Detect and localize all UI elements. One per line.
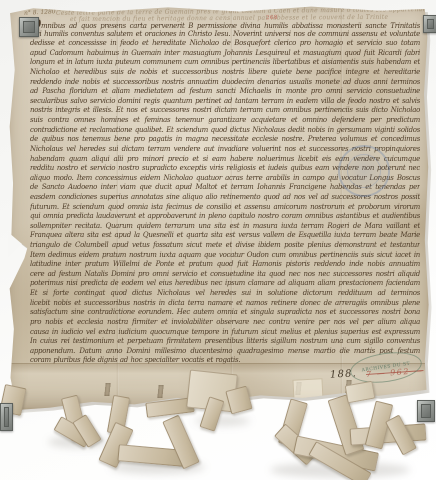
- corner-clip-bottom-right: [417, 400, 435, 422]
- manuscript-line: qui omnia predicta laudaverunt et approb…: [30, 212, 420, 222]
- manuscript-line: poterimus nisi predicta de eodem vel eiu…: [30, 279, 420, 289]
- manuscript-line: longum et in latum iuxta puteum communem…: [30, 58, 420, 68]
- manuscript-line: nostris integris et illesis. Et nos et s…: [30, 106, 420, 116]
- manuscript-line: ad Pascha floridum et aliam medietatem a…: [30, 87, 420, 97]
- manuscript-line: triangulo de Columbell apud vetus fossat…: [30, 241, 420, 251]
- archivist-top-note: n° 8. 1280: [24, 8, 56, 17]
- oval-stamp-text: ARCHIVES DU ST: [362, 362, 411, 374]
- manuscript-line: Omnibus ad quos presens carta pervenerit…: [30, 20, 420, 30]
- left-edge-tear: [8, 232, 22, 258]
- manuscript-line: In cuius rei testimonium et perpetuam fi…: [30, 337, 420, 347]
- corner-clip-top-left: [19, 17, 39, 37]
- manuscript-line: satisfactum sine contradictione eorundem…: [30, 308, 420, 318]
- manuscript-line: Et si forte contingat quod dictus Nichol…: [30, 289, 420, 299]
- manuscript-line: Franquea altera sita est apud la Quesnel…: [30, 231, 420, 241]
- manuscript-line: latitudine inter pratum Willelmi de Pont…: [30, 260, 420, 270]
- round-archive-stamp: [338, 145, 390, 197]
- manuscript-line: pro nobis et ecclesia nostra firmiter et…: [30, 318, 420, 328]
- parchment-sheet: n° 8. 1280 Ceste lettre parle de la terr…: [8, 5, 429, 410]
- charter-photograph: n° 8. 1280 Ceste lettre parle de la terr…: [0, 0, 436, 480]
- manuscript-line: causa in iudicio vel extra iudicium quoc…: [30, 327, 420, 337]
- manuscript-line: suis contra omnes homines et feminas ten…: [30, 116, 420, 126]
- seal-tag: [345, 381, 376, 404]
- manuscript-line: de quibus nos tenemus bene pro pagatis i…: [30, 135, 420, 145]
- corner-clip-top-right: [423, 15, 436, 33]
- manuscript-line: Nicholao et heredibus suis de nobis et s…: [30, 68, 420, 78]
- corner-clip-bottom-left: [0, 403, 13, 431]
- manuscript-line: dedisse et concessisse in feodo et hered…: [30, 39, 420, 49]
